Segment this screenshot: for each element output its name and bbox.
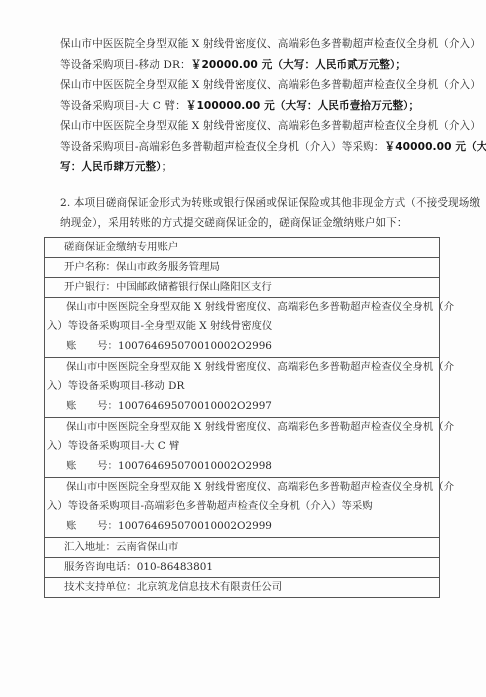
project-line: 保山市中医医院全身型双能 X 射线骨密度仪、高端彩色多普勒超声检查仪全身机（介 bbox=[47, 478, 439, 498]
project-line: 入）等设备采购项目-大 C 臂 bbox=[47, 437, 439, 457]
account-label: 账 号： bbox=[66, 460, 118, 472]
account-number: 100764695070010002O2999 bbox=[118, 520, 272, 532]
paragraph-line: 保山市中医医院全身型双能 X 射线骨密度仪、高端彩色多普勒超声检查仪全身机（介入… bbox=[60, 78, 481, 92]
paragraph-line: 写：人民币肆万元整）； bbox=[60, 160, 172, 174]
table-row-account: 保山市中医医院全身型双能 X 射线骨密度仪、高端彩色多普勒超声检查仪全身机（介 … bbox=[45, 298, 439, 358]
remit-address: 汇入地址：云南省保山市 bbox=[64, 538, 439, 558]
item2-line: 2. 本项目磋商保证金形式为转账或银行保函或保证保险或其他非现金方式（不接受现场… bbox=[60, 196, 480, 210]
amount-text: ￥100000.00 元（大写：人民币壹拾万元整）； bbox=[186, 100, 419, 112]
project-line: 保山市中医医院全身型双能 X 射线骨密度仪、高端彩色多普勒超声检查仪全身机（介 bbox=[47, 418, 439, 438]
account-label: 账 号： bbox=[66, 340, 118, 352]
account-number: 100764695070010002O2998 bbox=[118, 460, 272, 472]
paragraph-line: 等设备采购项目-移动 DR：￥20000.00 元（大写：人民币贰万元整）； bbox=[60, 58, 406, 72]
bank-name: 开户银行：中国邮政储蓄银行保山隆阳区支行 bbox=[64, 278, 439, 298]
table-row-bank: 开户银行：中国邮政储蓄银行保山隆阳区支行 bbox=[45, 278, 439, 298]
project-line: 入）等设备采购项目-全身型双能 X 射线骨密度仪 bbox=[47, 317, 439, 337]
account-number-line: 账 号：100764695070010002O2996 bbox=[47, 337, 439, 357]
amount-text: 写：人民币肆万元整） bbox=[60, 161, 162, 173]
project-line: 保山市中医医院全身型双能 X 射线骨密度仪、高端彩色多普勒超声检查仪全身机（介 bbox=[47, 358, 439, 378]
item-label: 等设备采购项目-大 C 臂： bbox=[60, 100, 186, 112]
table-header: 磋商保证金缴纳专用账户 bbox=[64, 238, 439, 258]
table-row-account: 保山市中医医院全身型双能 X 射线骨密度仪、高端彩色多普勒超声检查仪全身机（介 … bbox=[45, 358, 439, 418]
table-row-remit-address: 汇入地址：云南省保山市 bbox=[45, 538, 439, 558]
table-row-tech-support: 技术支持单位：北京筑龙信息技术有限责任公司 bbox=[45, 578, 439, 598]
account-name: 开户名称：保山市政务服务管理局 bbox=[64, 258, 439, 278]
tech-support: 技术支持单位：北京筑龙信息技术有限责任公司 bbox=[64, 578, 439, 598]
account-number-line: 账 号：100764695070010002O2997 bbox=[47, 397, 439, 417]
paragraph-line: 保山市中医医院全身型双能 X 射线骨密度仪、高端彩色多普勒超声检查仪全身机（介入… bbox=[60, 37, 481, 51]
item2-line: 纳现金），采用转账的方式提交磋商保证金的，磋商保证金缴纳账户如下： bbox=[60, 216, 408, 230]
table-row-account: 保山市中医医院全身型双能 X 射线骨密度仪、高端彩色多普勒超声检查仪全身机（介 … bbox=[45, 478, 439, 538]
project-line: 保山市中医医院全身型双能 X 射线骨密度仪、高端彩色多普勒超声检查仪全身机（介 bbox=[47, 298, 439, 318]
account-number: 100764695070010002O2996 bbox=[118, 340, 272, 352]
paragraph-line: 等设备采购项目-大 C 臂：￥100000.00 元（大写：人民币壹拾万元整）； bbox=[60, 99, 419, 113]
service-phone: 服务咨询电话：010-86483801 bbox=[64, 558, 439, 578]
project-line: 入）等设备采购项目-移动 DR bbox=[47, 377, 439, 397]
deposit-account-table: 磋商保证金缴纳专用账户 开户名称：保山市政务服务管理局 开户银行：中国邮政储蓄银… bbox=[44, 237, 440, 598]
table-row-account: 保山市中医医院全身型双能 X 射线骨密度仪、高端彩色多普勒超声检查仪全身机（介 … bbox=[45, 418, 439, 478]
table-row-service-phone: 服务咨询电话：010-86483801 bbox=[45, 558, 439, 578]
table-row-account-name: 开户名称：保山市政务服务管理局 bbox=[45, 258, 439, 278]
project-line: 入）等设备采购项目-高端彩色多普勒超声检查仪全身机（介入）等采购 bbox=[47, 497, 439, 517]
item-label: 等设备采购项目-高端彩色多普勒超声检查仪全身机（介入）等采购： bbox=[60, 141, 385, 153]
item-label: 等设备采购项目-移动 DR： bbox=[60, 59, 191, 71]
account-label: 账 号： bbox=[66, 400, 118, 412]
account-number: 100764695070010002O2997 bbox=[118, 400, 272, 412]
paragraph-line: 保山市中医医院全身型双能 X 射线骨密度仪、高端彩色多普勒超声检查仪全身机（介入… bbox=[60, 119, 481, 133]
punctuation: ； bbox=[162, 161, 173, 173]
account-number-line: 账 号：100764695070010002O2999 bbox=[47, 517, 439, 537]
amount-text: ￥20000.00 元（大写：人民币贰万元整）； bbox=[191, 59, 406, 71]
account-number-line: 账 号：100764695070010002O2998 bbox=[47, 457, 439, 477]
table-header-row: 磋商保证金缴纳专用账户 bbox=[45, 238, 439, 258]
account-label: 账 号： bbox=[66, 520, 118, 532]
amount-text: ￥40000.00 元（大 bbox=[385, 141, 486, 153]
document-page: 保山市中医医院全身型双能 X 射线骨密度仪、高端彩色多普勒超声检查仪全身机（介入… bbox=[0, 0, 486, 697]
paragraph-line: 等设备采购项目-高端彩色多普勒超声检查仪全身机（介入）等采购：￥40000.00… bbox=[60, 140, 486, 154]
